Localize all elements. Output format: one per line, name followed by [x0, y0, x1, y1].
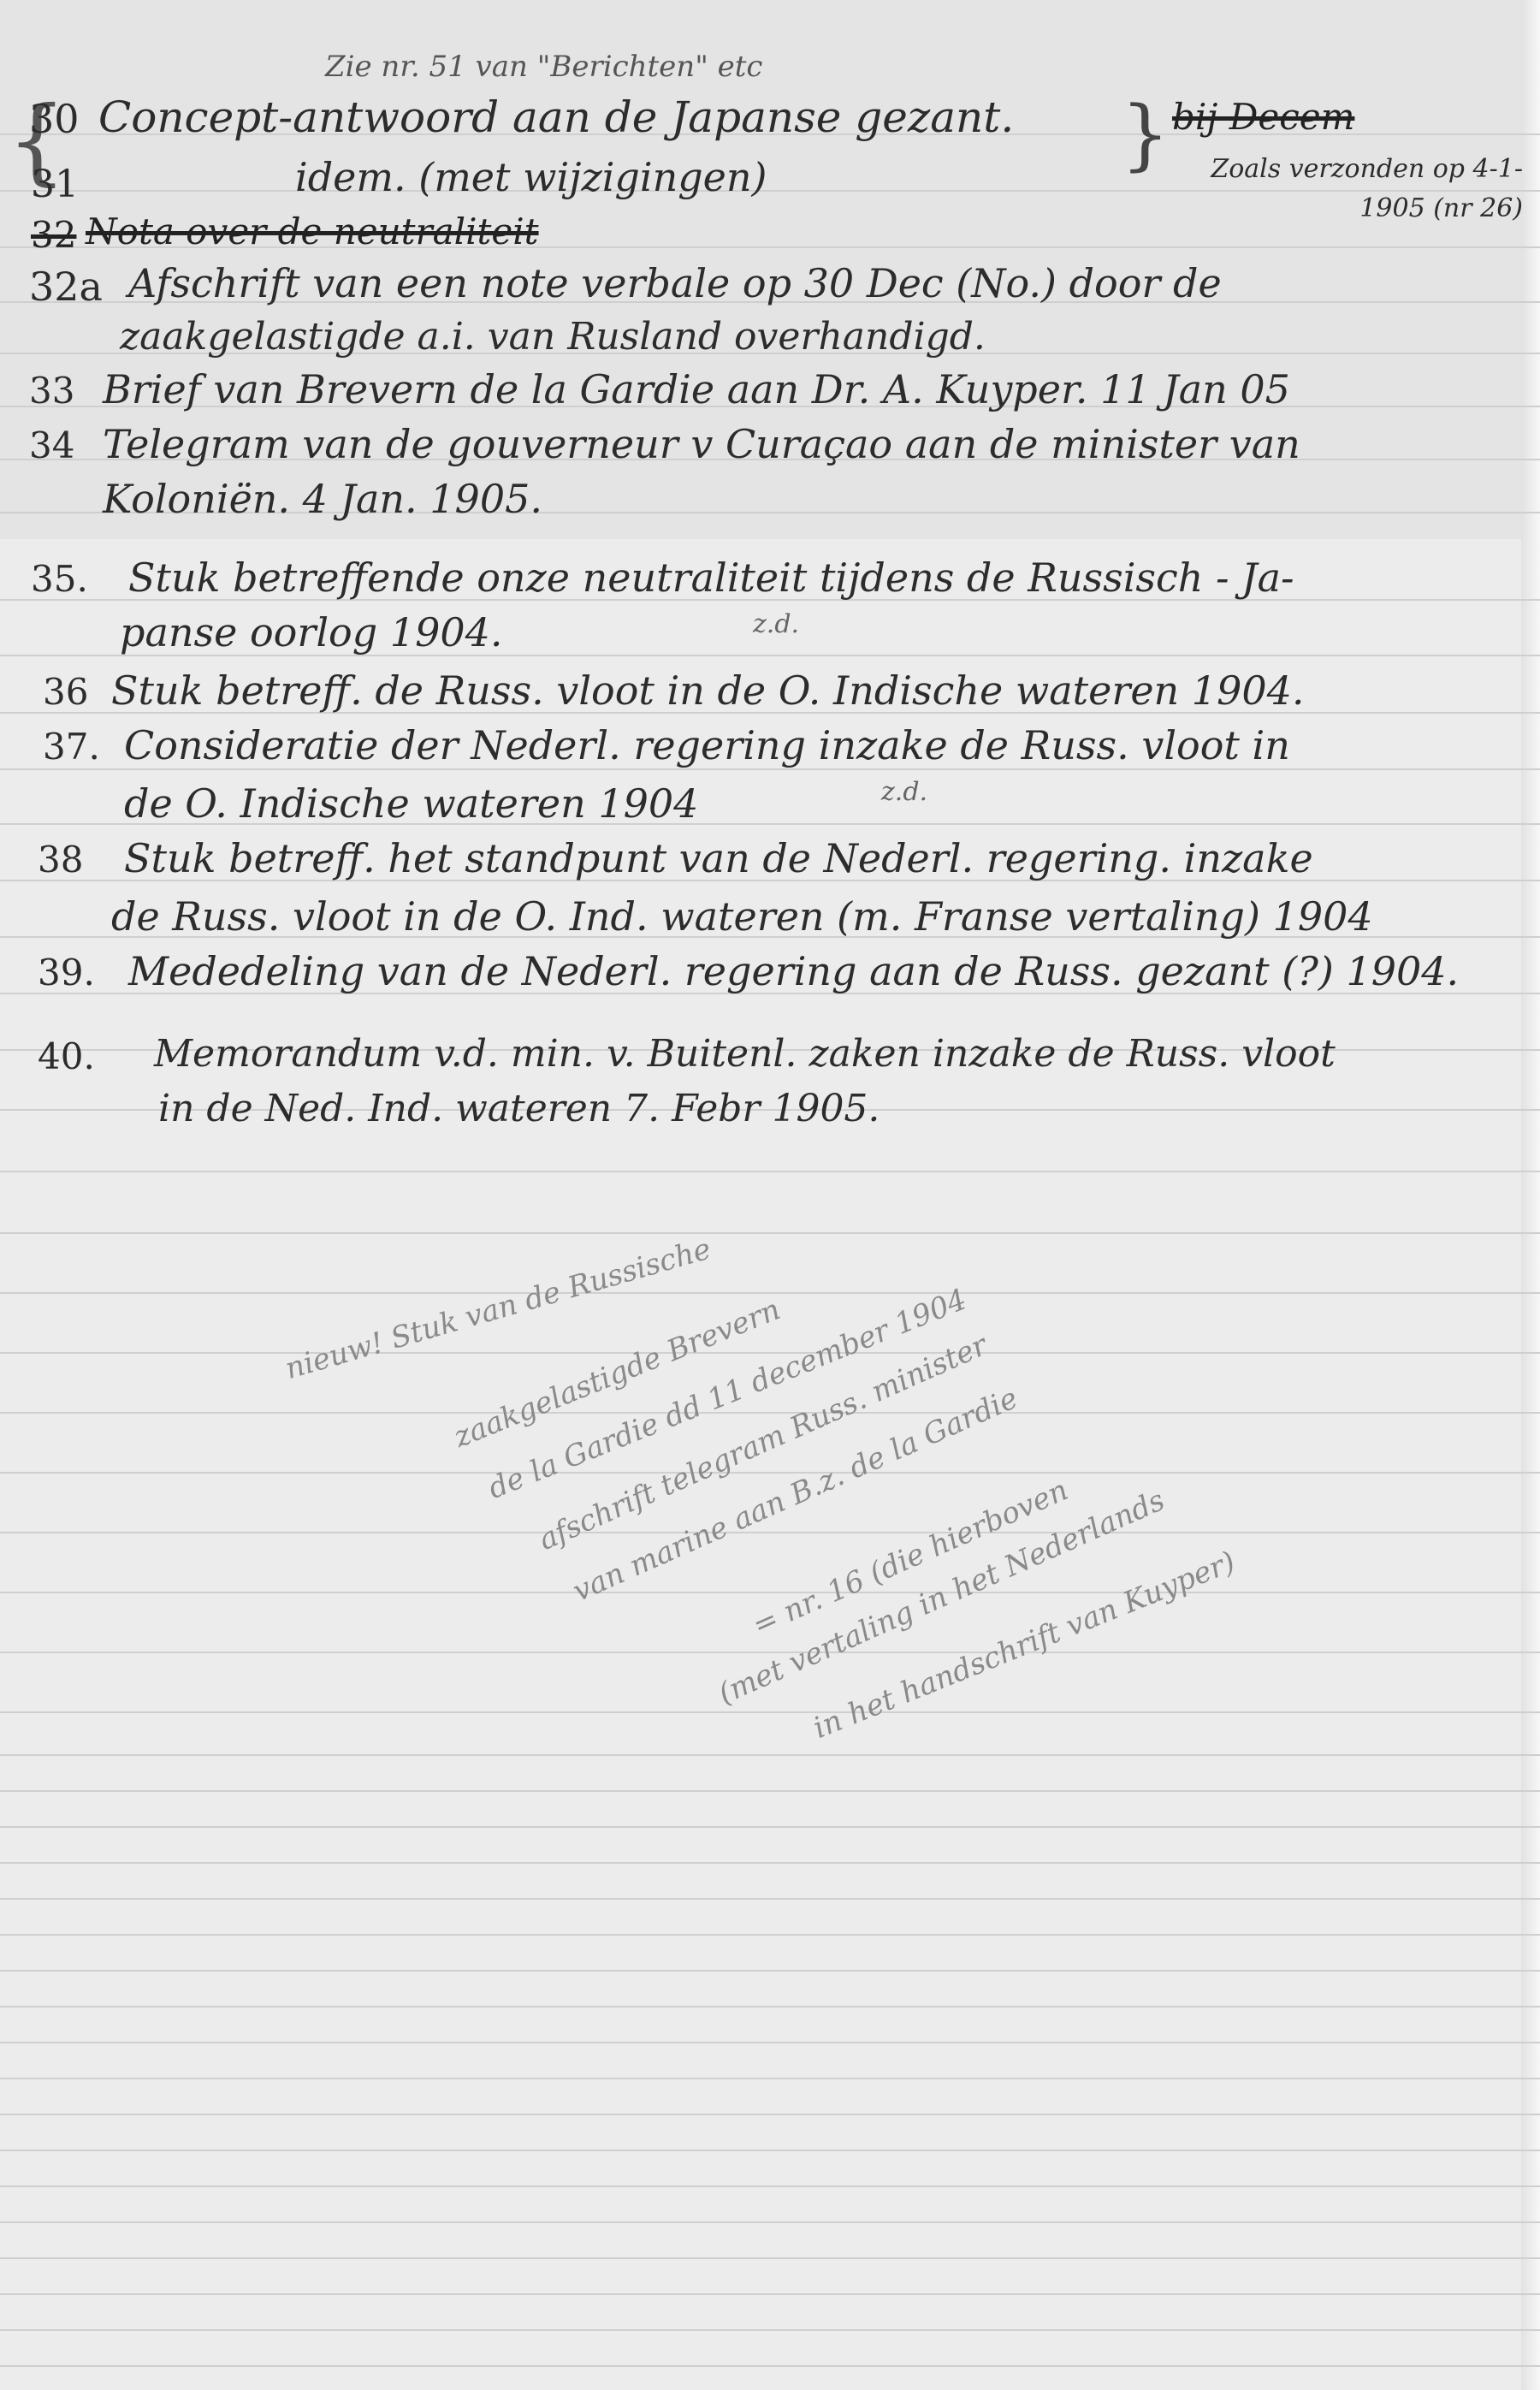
entry-note: z.d. — [753, 609, 799, 639]
ruled-line — [0, 1898, 1540, 1900]
ruled-line — [0, 1754, 1540, 1756]
ruled-line — [0, 2078, 1540, 2079]
ruled-line — [0, 2293, 1540, 2295]
entry-text: Koloniën. 4 Jan. 1905. — [103, 476, 542, 522]
entry-number: 39. — [38, 952, 95, 993]
entry-number: 37. — [43, 726, 100, 768]
entry-number: 38 — [38, 839, 83, 881]
ruled-line — [0, 2329, 1540, 2331]
ruled-line — [0, 2150, 1540, 2151]
ruled-line — [0, 2006, 1540, 2007]
entry-number: 33 — [29, 370, 74, 412]
struck-margin-note: bij Decem — [1172, 96, 1354, 138]
ruled-line — [0, 1826, 1540, 1828]
document-page: Zie nr. 51 van "Berichten" etc { 30 Conc… — [0, 0, 1540, 2390]
ruled-line — [0, 768, 1540, 770]
ruled-line — [0, 2221, 1540, 2223]
entry-text: Telegram van de gouverneur v Curaçao aan… — [103, 421, 1300, 467]
entry-number: 34 — [29, 424, 74, 466]
ruled-line — [0, 2257, 1540, 2259]
entry-text: Mededeling van de Nederl. regering aan d… — [128, 948, 1459, 994]
entry-text: Stuk betreff. de Russ. vloot in de O. In… — [111, 667, 1305, 714]
entry-text: de O. Indische wateren 1904 — [124, 780, 698, 827]
entry-text: panse oorlog 1904. — [120, 609, 503, 655]
ruled-line — [0, 1934, 1540, 1936]
entry-text-struck: Nota over de neutraliteit — [86, 211, 539, 252]
entry-text: idem. (met wijzigingen) — [295, 154, 767, 200]
entry-number: 30 — [29, 96, 80, 142]
entry-note: z.d. — [881, 777, 927, 807]
entry-number: 32a — [29, 264, 103, 310]
ruled-line — [0, 2185, 1540, 2187]
ruled-line — [0, 2114, 1540, 2115]
entry-text: Memorandum v.d. min. v. Buitenl. zaken i… — [154, 1032, 1336, 1076]
entry-number: 40. — [38, 1035, 95, 1077]
entry-text: Concept-antwoord aan de Japanse gezant. — [98, 92, 1014, 142]
entry-text: Afschrift van een note verbale op 30 Dec… — [128, 260, 1222, 306]
entry-text: in de Ned. Ind. wateren 7. Febr 1905. — [158, 1087, 880, 1130]
ruled-line — [0, 1232, 1540, 1234]
pencil-annotation: nieuw! Stuk van de Russische zaakgelasti… — [291, 1249, 1489, 1729]
entry-text: Stuk betreff. het standpunt van de Neder… — [124, 835, 1313, 881]
page-edge — [1521, 0, 1540, 2390]
ruled-line — [0, 1862, 1540, 1864]
ruled-line — [0, 1790, 1540, 1792]
entry-text: Consideratie der Nederl. regering inzake… — [124, 722, 1290, 768]
entry-text: zaakgelastigde a.i. van Rusland overhand… — [120, 315, 986, 359]
header-note: Zie nr. 51 van "Berichten" etc — [325, 50, 762, 84]
entry-number: 31 — [31, 163, 79, 206]
ruled-line — [0, 2365, 1540, 2367]
entry-text: Stuk betreffende onze neutraliteit tijde… — [128, 555, 1294, 601]
entry-text: Brief van Brevern de la Gardie aan Dr. A… — [103, 366, 1290, 412]
margin-note: Zoals verzonden op 4-1-1905 (nr 26) — [1155, 150, 1523, 228]
entry-number: 32 — [31, 214, 76, 256]
entry-text: de Russ. vloot in de O. Ind. wateren (m.… — [111, 893, 1373, 940]
entry-number: 35. — [31, 558, 88, 600]
ruled-line — [0, 1970, 1540, 1972]
ruled-line — [0, 2042, 1540, 2043]
ruled-line — [0, 1171, 1540, 1172]
entry-number: 36 — [43, 671, 88, 713]
